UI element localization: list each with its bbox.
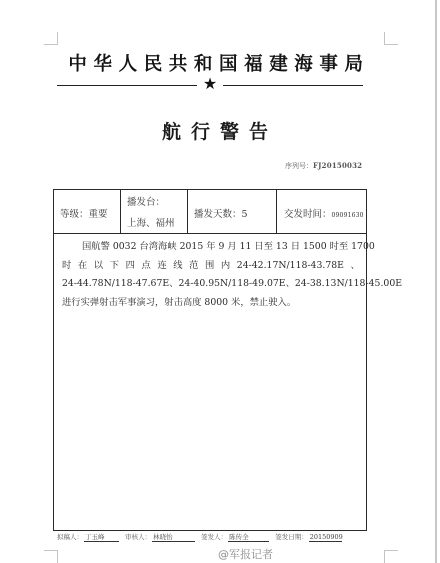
star-icon: ★ [201, 75, 219, 93]
cell-level: 等级：重要 [54, 190, 121, 233]
cell-station: 播发台： 上海、福州 [121, 190, 188, 233]
body-token: 点 [141, 257, 150, 276]
corner-mark-bottom-left [44, 550, 58, 563]
time-text: 交发时间：09091630 [284, 206, 364, 220]
body-token: 线 [173, 257, 182, 276]
corner-mark-top-left [44, 32, 58, 45]
corner-mark-bottom-right [384, 550, 398, 563]
doc-title: 航行警告 [150, 117, 290, 144]
body-token: 、 [351, 257, 360, 276]
station-label: 播发台： [127, 194, 165, 208]
body-token: 内 [221, 257, 230, 276]
station-value: 上海、福州 [127, 215, 175, 229]
serial-value: FJ20150032 [313, 161, 362, 170]
org-title: 中华人民共和国福建海事局 [60, 50, 378, 76]
drafter-label: 拟稿人： [57, 533, 83, 541]
warning-body: 国航警 0032 台湾海峡 2015 年 9 月 11 日至 13 日 1500… [62, 238, 360, 312]
body-token: 时 [62, 257, 71, 276]
table-header-row: 等级：重要 播发台： 上海、福州 播发天数：5 交发时间：09091630 [54, 190, 366, 234]
cell-days: 播发天数：5 [188, 190, 277, 233]
time-label: 交发时间： [284, 209, 332, 220]
watermark: @军报记者 [218, 546, 273, 562]
body-token: 四 [126, 257, 135, 276]
corner-mark-top-right [384, 32, 398, 45]
level-text: 等级：重要 [60, 206, 108, 220]
time-value: 09091630 [332, 212, 364, 219]
cell-time: 交发时间：09091630 [277, 190, 366, 233]
body-token: 下 [110, 257, 119, 276]
divider-left [57, 85, 197, 86]
body-line-2: 时在以下四点连线范围内24-42.17N/118-43.78E、 [62, 257, 360, 276]
reviewer-label: 审核人： [125, 533, 151, 541]
body-token: 范 [189, 257, 198, 276]
serial-number: 序列号：FJ20150032 [285, 161, 362, 171]
reviewer-name: 林晓怡 [152, 532, 195, 542]
drafter-name: 丁玉峰 [84, 532, 119, 542]
body-token: 在 [78, 257, 87, 276]
body-line-1: 国航警 0032 台湾海峡 2015 年 9 月 11 日至 13 日 1500… [62, 238, 360, 257]
warning-table: 等级：重要 播发台： 上海、福州 播发天数：5 交发时间：09091630 国航… [53, 189, 367, 531]
sign-date: 20150909 [309, 533, 342, 542]
body-line-3: 24-44.78N/118-47.67E、24-40.95N/118-49.07… [62, 275, 360, 294]
signer-label: 签发人： [201, 533, 227, 541]
body-token: 围 [205, 257, 214, 276]
divider-right [223, 85, 363, 86]
body-token: 24-42.17N/118-43.78E [237, 257, 344, 276]
page-edge [435, 0, 437, 563]
body-token: 连 [157, 257, 166, 276]
body-token: 以 [94, 257, 103, 276]
days-text: 播发天数：5 [194, 206, 248, 220]
serial-label: 序列号： [285, 162, 313, 170]
signer-name: 陈传全 [228, 532, 269, 542]
signature-footer: 拟稿人：丁玉峰 审核人：林晓怡 签发人：陈传全 签发日期：20150909 [57, 532, 367, 542]
body-line-4: 进行实弹射击军事演习，射击高度 8000 米，禁止驶入。 [62, 294, 360, 313]
date-label: 签发日期： [275, 533, 308, 541]
